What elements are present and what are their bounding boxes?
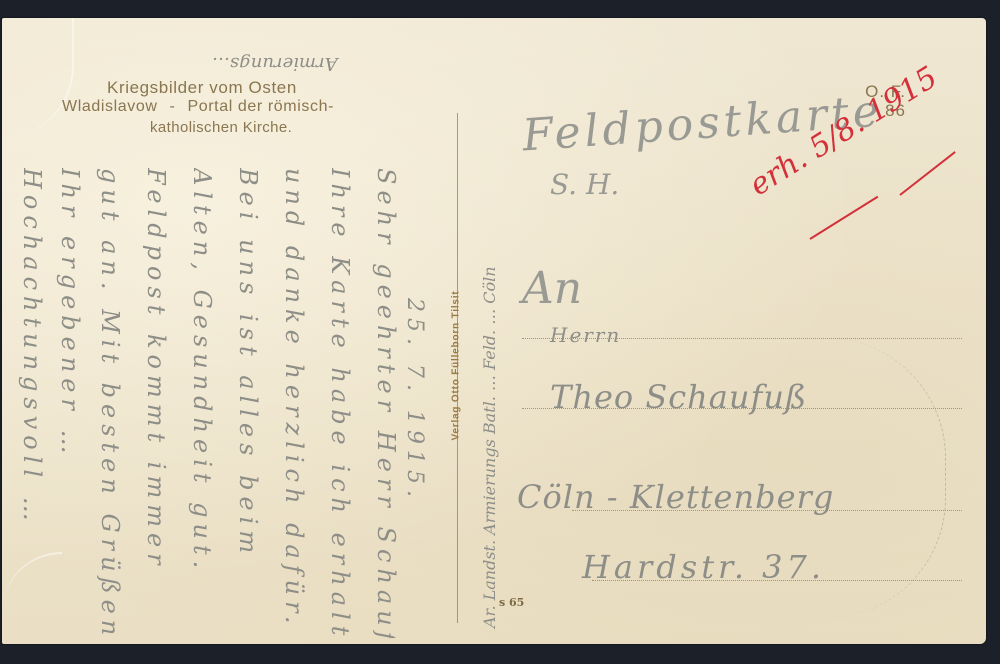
message-column: Feldpost kommt immer: [140, 168, 170, 638]
paper-crease-top-left: [2, 18, 74, 138]
caption-line-2: Wladislavow-Portal der römisch-: [62, 98, 334, 116]
publisher-imprint: Verlag Otto Fülleborn Tilsit: [451, 256, 462, 476]
message-column: Hochachtungsvoll …: [16, 168, 46, 638]
message-date: 25. 7. 1915.: [402, 298, 427, 503]
recipient-city: Cöln - Klettenberg: [517, 478, 834, 516]
caption-separator: -: [170, 98, 176, 115]
red-underline-1: [809, 196, 878, 240]
sender-vertical-note: Ar. Landst. Armierungs Batl. … Feld. … C…: [480, 108, 499, 628]
caption-line-3: katholischen Kirche.: [150, 119, 292, 136]
caption-line-1: Kriegsbilder vom Osten: [107, 78, 297, 98]
message-column: und danke herzlich dafür.: [278, 168, 308, 638]
red-underline-2: [899, 151, 955, 196]
caption-place: Wladislavow: [62, 98, 158, 115]
message-column: Sehr geehrter Herr Schaufuß!: [370, 168, 400, 638]
handwritten-salutation: Herrn: [550, 323, 621, 347]
handwritten-abbrev: S. H.: [550, 168, 619, 201]
message-column: Bei uns ist alles beim: [232, 168, 262, 638]
message-column: gut an. Mit besten Grüßen: [94, 168, 124, 638]
handwritten-an: An: [522, 263, 582, 314]
postcard: Kriegsbilder vom Osten Wladislavow-Porta…: [2, 18, 986, 644]
message-column: Ihr ergebener …: [54, 168, 84, 638]
recipient-name: Theo Schaufuß: [550, 378, 807, 416]
serial-number: s 65: [499, 596, 524, 609]
recipient-street: Hardstr. 37.: [582, 548, 825, 586]
message-column: Alten, Gesundheit gut.: [186, 168, 216, 638]
message-column: Ihre Karte habe ich erhalten: [324, 168, 354, 638]
handwritten-top-note: Armierungs…: [212, 53, 338, 74]
caption-rest: Portal der römisch-: [187, 98, 334, 115]
